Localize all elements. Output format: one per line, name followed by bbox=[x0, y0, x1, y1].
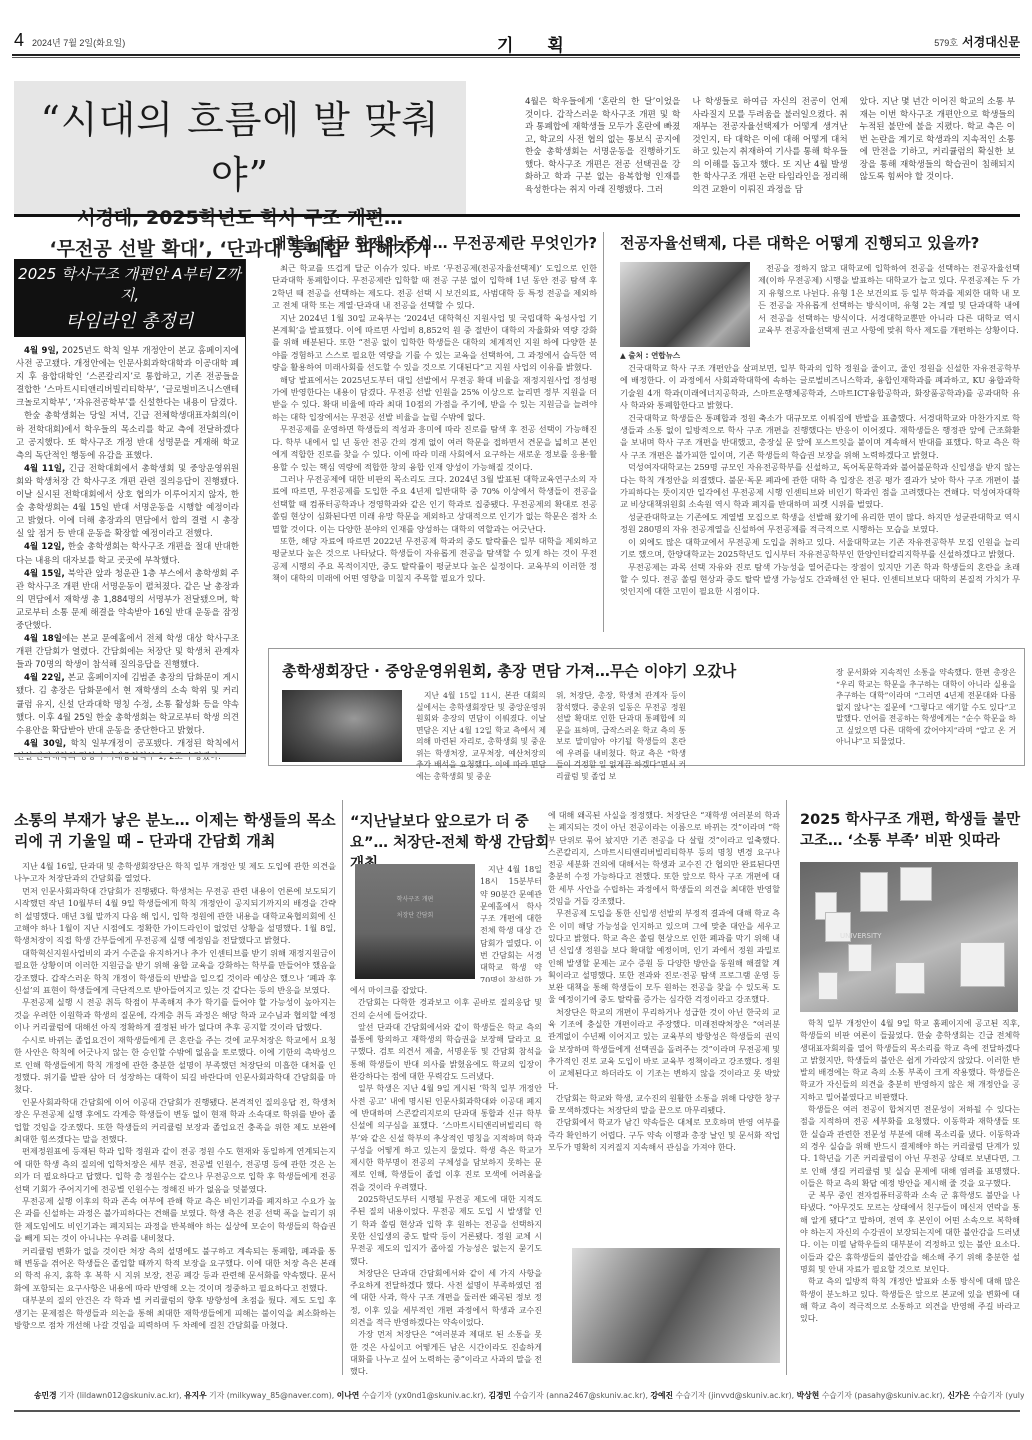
paragraph: 건국대학교 학생들은 통폐합과 정원 축소가 대규모로 이뤄짐에 반발을 표출했… bbox=[620, 412, 1020, 462]
timeline-shadow bbox=[14, 754, 246, 757]
page-header: 4 2024년 7월 2일(화요일) 기 획 579호 서경대신문 bbox=[12, 28, 1020, 54]
photo-caption: ▲ 출처 : 연합뉴스 bbox=[620, 350, 680, 361]
paragraph: 건국대학교 학사 구조 개편안을 살펴보면, 일부 학과의 입학 정원을 줄이고… bbox=[620, 362, 1020, 412]
paragraph: 덕성여자대학교는 259명 규모인 자유전공학부를 신설하고, 독어독문학과와 … bbox=[620, 461, 1020, 511]
paragraph: 무전공제 실행 시 전공 취득 학점이 부족해져 추가 학기를 들어야 할 가능… bbox=[14, 996, 336, 1033]
paragraph: 그러나 무전공제에 대한 비판의 목소리도 크다. 2024년 3월 발표된 대… bbox=[272, 473, 597, 535]
article-body-all-students-meeting-right: 에 대해 왜곡된 사실을 정정했다. 처장단은 “재학생 여러분의 학과는 폐지… bbox=[548, 810, 780, 1242]
timeline-entry: 한숲 총학생회는 당일 저녁, 긴급 전체학생대표자회의(이하 전학대회)에서 … bbox=[16, 410, 239, 462]
sticky-note bbox=[895, 962, 925, 994]
protest-wreath-photo bbox=[620, 262, 750, 347]
meeting-column: 장 문서화와 지속적인 소통을 약속했다. 한편 총장은 “우리 학교는 학문을… bbox=[836, 667, 1016, 748]
timeline-entry: 4월 30일, 학칙 일부개정이 공포됐다. 개정된 학칙에서 신설 단과대학의… bbox=[16, 738, 239, 764]
timeline-entry: 4월 15일, 북악관 앞과 청운관 1층 부스에서 총학생회 주관 학사구조 … bbox=[16, 568, 239, 633]
timeline-entry: 4월 9일, 2025년도 학칙 일부 개정안이 본교 홈페이지에 사전 공고됐… bbox=[16, 345, 239, 410]
paragraph: 편제정원표에 등재된 학과 입학 정원과 같이 전공 정원 수도 현재와 동일하… bbox=[14, 1145, 336, 1195]
column-divider bbox=[342, 800, 343, 1375]
main-headline: “시대의 흐름에 발 맞춰야” bbox=[14, 89, 466, 199]
reporter-credits: 송민경 기자 (lildawn012@skuniv.ac.kr), 유지우 기자… bbox=[34, 1390, 1024, 1401]
hero-divider bbox=[14, 214, 1020, 217]
article-title-student-complaints: 2025 학사구조 개편, 학생들 불만 고조… ‘소통 부족’ 비판 잇따라 bbox=[800, 810, 1025, 852]
paragraph: 성균관대학교는 기존에도 계열별 모집으로 학생을 선발해 왔기에 유리한 면이… bbox=[620, 511, 1020, 536]
article-lead-other-universities: 전공을 정하지 않고 대학교에 입학하여 전공을 선택하는 전공자율선택제(이하… bbox=[758, 262, 1020, 336]
timeline-title-bar: 2025 학사구조 개편안 A부터 Z까지, 타임라인 총정리 bbox=[14, 259, 245, 337]
intro-column: 4월은 학우들에게 ‘혼란의 한 달’이었을 것이다. 갑작스러운 학사구조 개… bbox=[525, 96, 680, 211]
paragraph: 대부분의 질의 안건은 각 학과 별 커리큘럼의 향후 방향성에 초점을 뒀다.… bbox=[14, 1294, 336, 1331]
timeline-entry: 4월 18일에는 본교 문예홀에서 전체 학생 대상 학사구조 개편 간담회가 … bbox=[16, 633, 239, 672]
timeline-title-2: 타임라인 총정리 bbox=[14, 307, 245, 333]
newspaper-name: 서경대신문 bbox=[962, 33, 1020, 50]
auditorium-photo: 학사구조 개편 처장단 간담회 bbox=[355, 864, 475, 979]
intro-text: 4월은 학우들에게 ‘혼란의 한 달’이었을 것이다. 갑작스러운 학사구조 개… bbox=[525, 96, 1015, 211]
student-booth-photo bbox=[572, 1248, 780, 1363]
article-body-college-meeting: 지난 4월 16일, 단과대 및 총학생회장단은 학칙 일부 개정안 및 제도 … bbox=[14, 860, 336, 1370]
paragraph: 전공을 정하지 않고 대학교에 입학하여 전공을 선택하는 전공자율선택제(이하… bbox=[758, 262, 1020, 336]
timeline-body: 4월 9일, 2025년도 학칙 일부 개정안이 본교 홈페이지에 사전 공고됐… bbox=[14, 337, 245, 764]
article-body-all-students-meeting: 에서 마이크를 잡았다. 간담회는 다학한 경과보고 이후 곧바로 질의응답 및… bbox=[350, 985, 542, 1375]
issue-number: 579호 bbox=[934, 36, 958, 49]
paragraph: 무전공제를 운영하면 학생들의 적성과 흥미에 따라 진로를 탐색 후 전공 선… bbox=[272, 423, 597, 473]
article-lead-all-students-meeting: 지난 4월 18일 18시 15분부터 약 90분간 문예관 문예홀에서 학사구… bbox=[480, 864, 542, 982]
timeline-entry: 4월 22일, 본교 홈페이지에 김범준 총장의 담화문이 게시됐다. 김 총장… bbox=[16, 672, 239, 737]
paragraph: 먼저 인문사회과학대 간담회가 진행됐다. 학생처는 무전공 관련 내용이 언론… bbox=[14, 885, 336, 947]
paragraph: 지난 4월 16일, 단과대 및 총학생회장단은 학칙 일부 개정안 및 제도 … bbox=[14, 860, 336, 885]
article-title-college-meeting: 소통의 부재가 낳은 분노… 이제는 학생들의 목소리에 귀 기울일 때 – 단… bbox=[14, 810, 344, 852]
column-divider bbox=[603, 232, 604, 632]
paragraph: 해당 발표에서는 2025년도부터 대입 선발에서 무전공 확대 비율을 재정지… bbox=[272, 374, 597, 424]
sticky-note bbox=[960, 942, 1005, 987]
article-body-student-complaints: 학칙 일부 개정안이 4월 9일 학교 홈페이지에 공고된 직후, 학생들의 비… bbox=[800, 1018, 1020, 1373]
paragraph: 또한, 해당 자료에 따르면 2022년 무전공제 학과의 중도 탈락률은 일부… bbox=[272, 535, 597, 585]
article-title-no-major: 대학을 달군 화제의 중심… 무전공제란 무엇인가? bbox=[272, 232, 602, 253]
paragraph: 인문사회과학대 간담회에 이어 이공대 간담회가 진행됐다. 본격적인 질의응답… bbox=[14, 1096, 336, 1146]
page-number: 4 bbox=[14, 30, 24, 51]
timeline-box: 2025 학사구조 개편안 A부터 Z까지, 타임라인 총정리 4월 9일, 2… bbox=[14, 259, 246, 754]
paragraph: 무전공제는 과목 선택 자유와 진로 탐색 가능성을 열어준다는 장점이 있지만… bbox=[620, 561, 1020, 598]
paragraph: 대학혁신지원사업비의 과거 수준을 유지하거나 추가 인센티브를 받기 위해 재… bbox=[14, 947, 336, 997]
paragraph: 무전공제 실행 이후의 학과 존속 여부에 관해 학교 측은 비인기과를 폐지하… bbox=[14, 1195, 336, 1245]
column-divider bbox=[786, 800, 787, 1375]
sticky-note bbox=[860, 872, 888, 912]
header-rule bbox=[12, 54, 1020, 56]
meeting-column: 지난 4월 15일 11시, 본관 대회의실에서는 총학생회장단 및 중앙운영위… bbox=[416, 690, 546, 782]
feature-headline-box: “시대의 흐름에 발 맞춰야” 서경대, 2025학년도 학사 구조 개편… ‘… bbox=[14, 81, 466, 214]
reporter-email[interactable]: (milkyway_85@naver.com) bbox=[227, 1391, 332, 1400]
section-title: 기 획 bbox=[497, 31, 578, 56]
article-body-no-major: 최근 학교를 뜨겁게 달군 이슈가 있다. 바로 ‘무전공제(전공자율선택제)’… bbox=[272, 262, 597, 632]
reporter-email[interactable]: (pasahy@skuniv.ac.kr) bbox=[854, 1391, 942, 1400]
header-rule-thin bbox=[12, 57, 1020, 58]
reporter-email[interactable]: (yx0nd1@skuniv.ac.kr) bbox=[394, 1391, 483, 1400]
intro-column: 나 학생들로 하여금 자신의 전공이 언제 사라질지 모를 두려움을 불러일으켰… bbox=[692, 96, 847, 211]
footer-rule bbox=[14, 1410, 1020, 1412]
sticky-note bbox=[818, 972, 838, 1000]
meeting-photo bbox=[282, 690, 402, 762]
timeline-title-1: 2025 학사구조 개편안 A부터 Z까지, bbox=[14, 263, 245, 305]
reporter-email[interactable]: (yulyull1214@skuniv.ac.kr) bbox=[1005, 1391, 1024, 1400]
meeting-column: 위, 처장단, 총장, 학생처 관계자 등이 참석했다. 중운위 일동은 무전공… bbox=[556, 690, 686, 782]
sticky-note bbox=[900, 867, 932, 901]
paragraph: 수시로 바뀌는 졸업요건이 재학생들에게 큰 혼란을 주는 것에 교무처장은 학… bbox=[14, 1034, 336, 1096]
paragraph: 커리큘럼 변화가 없을 것이란 처장 측의 설명에도 불구하고 계속되는 통폐합… bbox=[14, 1245, 336, 1295]
timeline-entry: 4월 11일, 긴급 전학대회에서 총학생회 및 중앙운영위원회와 학생처장 간… bbox=[16, 463, 239, 542]
reporter-email[interactable]: (anna2467@skuniv.ac.kr) bbox=[546, 1391, 645, 1400]
reporter-email[interactable]: (jinvvd@skuniv.ac.kr) bbox=[708, 1391, 791, 1400]
paragraph: 최근 학교를 뜨겁게 달군 이슈가 있다. 바로 ‘무전공제(전공자율선택제)’… bbox=[272, 262, 597, 312]
article-title-other-universities: 전공자율선택제, 다른 대학은 어떻게 진행되고 있을까? bbox=[620, 232, 1020, 253]
sticky-note bbox=[848, 944, 872, 972]
paragraph: 이 외에도 많은 대학교에서 무전공제 도입을 취하고 있다. 서울대학교는 기… bbox=[620, 536, 1020, 561]
article-body-other-universities: 건국대학교 학사 구조 개편안을 살펴보면, 일부 학과의 입학 정원을 줄이고… bbox=[620, 362, 1020, 598]
reporter-email[interactable]: (lildawn012@skuniv.ac.kr) bbox=[77, 1391, 179, 1400]
intro-column: 았다. 지난 몇 년간 이어진 학교의 소통 부재는 이번 학사구조 개편안으로… bbox=[860, 96, 1015, 211]
issue-date: 2024년 7월 2일(화요일) bbox=[32, 36, 125, 49]
paragraph: 지난 2024년 1월 30일 교육부는 ‘2024년 대학혁신 지원사업 및 … bbox=[272, 312, 597, 374]
sticky-notes-wall-photo: UNIVERSITY bbox=[800, 862, 1018, 1012]
article-title-meeting: 총학생회장단 · 중앙운영위원회, 총장 면담 가져…무슨 이야기 오갔나 bbox=[282, 660, 782, 681]
timeline-entry: 4월 12일, 한숲 총학생회는 학사구조 개편을 절대 반대한다는 내용의 대… bbox=[16, 541, 239, 567]
